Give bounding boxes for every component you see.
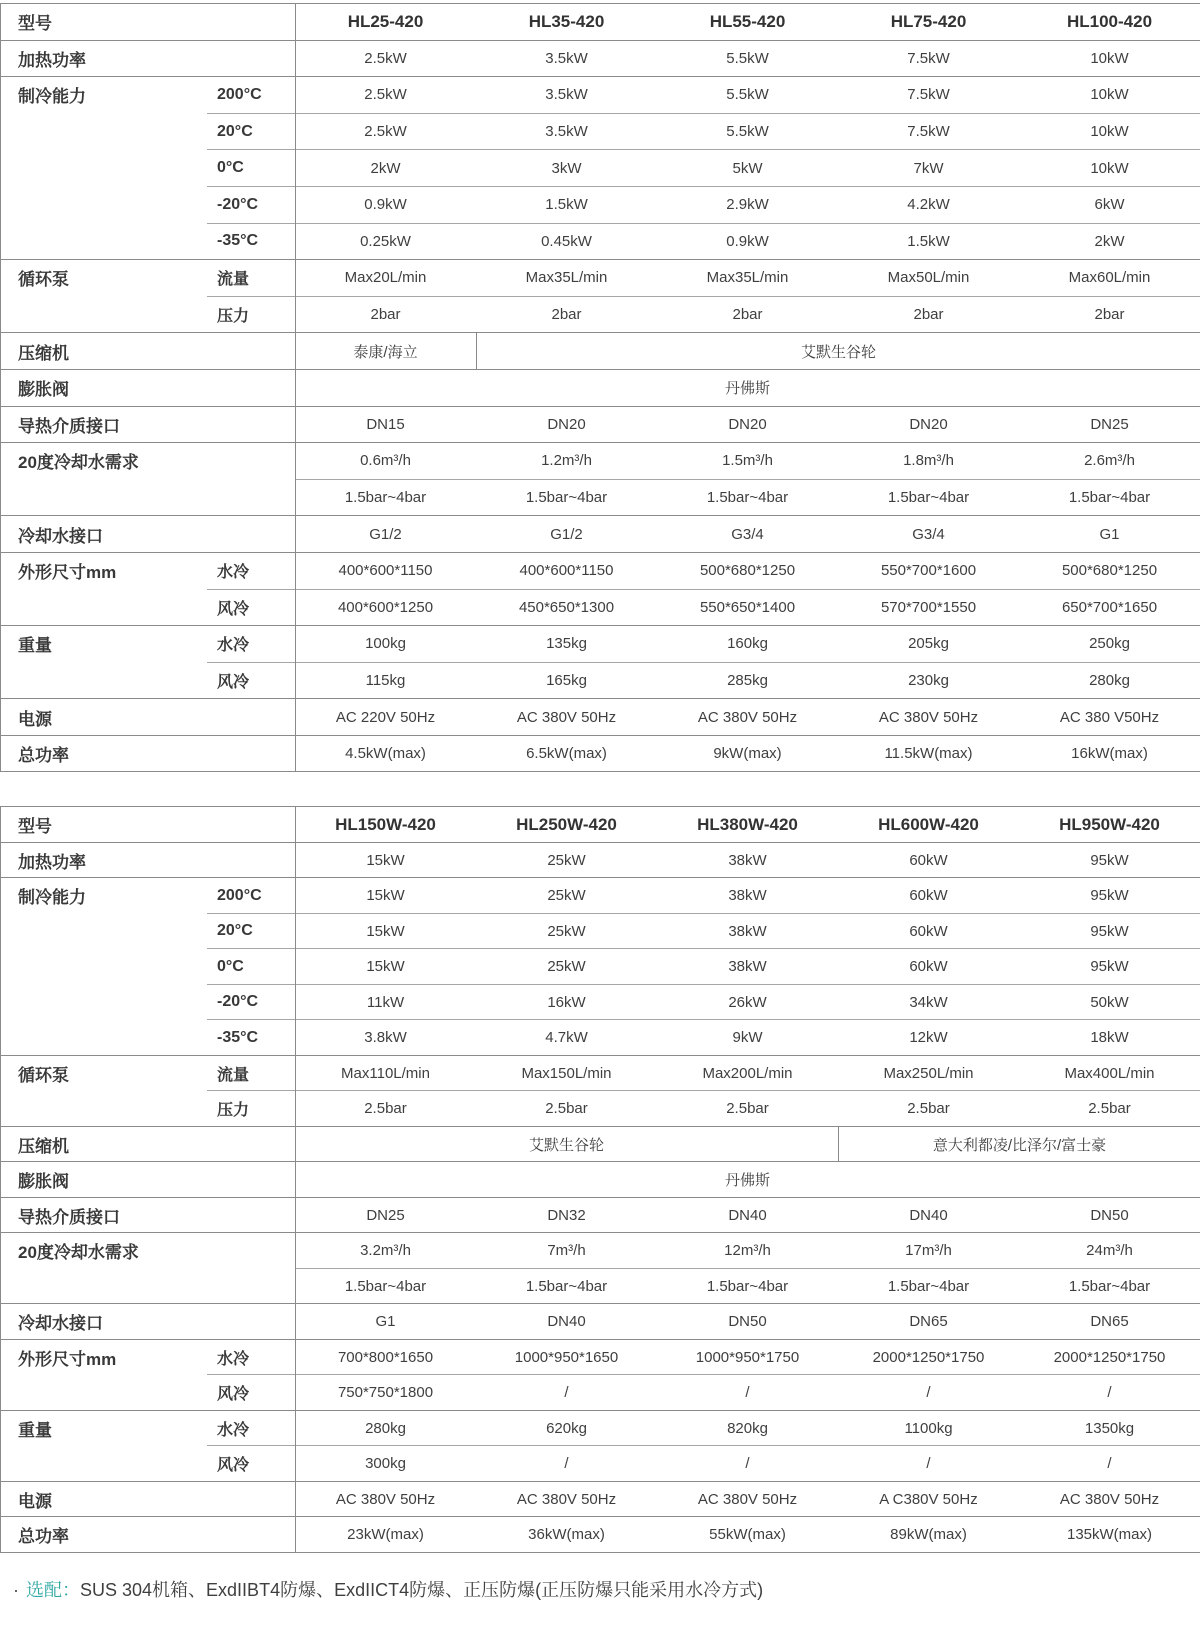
spec-row: 导热介质接口DN15DN20DN20DN20DN25 — [1, 407, 1200, 443]
model-header-row: 型号HL25-420HL35-420HL55-420HL75-420HL100-… — [1, 4, 1200, 40]
spec-cell: 280kg — [295, 1411, 476, 1446]
spec-cell: Max50L/min — [838, 260, 1019, 296]
spec-cell: 11.5kW(max) — [838, 736, 1019, 772]
spec-cell: 1.5bar~4bar — [657, 480, 838, 516]
spec-cell: 10kW — [1019, 150, 1200, 186]
spec-cell: 丹佛斯 — [295, 1162, 1200, 1197]
spec-cell: 1350kg — [1019, 1411, 1200, 1446]
spec-cell: 1.5bar~4bar — [1019, 480, 1200, 516]
spec-cell: AC 380V 50Hz — [476, 1482, 657, 1517]
spec-cell: DN40 — [838, 1198, 1019, 1233]
spec-cell: 38kW — [657, 878, 838, 913]
spec-cell: 5.5kW — [657, 77, 838, 113]
spec-cell: 3kW — [476, 150, 657, 186]
row-sublabel — [207, 807, 295, 842]
spec-cell: 15kW — [295, 949, 476, 984]
spec-cell: 10kW — [1019, 114, 1200, 150]
spec-cell: 2.6m³/h — [1019, 443, 1200, 479]
note-text: SUS 304机箱、ExdIIBT4防爆、ExdIICT4防爆、正压防爆(正压防… — [80, 1580, 763, 1600]
spec-row: 压力2bar2bar2bar2bar2bar — [1, 297, 1200, 333]
spec-row: 压缩机泰康/海立艾默生谷轮 — [1, 333, 1200, 369]
spec-row: 风冷115kg165kg285kg230kg280kg — [1, 663, 1200, 699]
spec-cell: 38kW — [657, 914, 838, 949]
row-sublabel — [207, 1127, 295, 1162]
row-sublabel: 风冷 — [207, 1375, 295, 1410]
spec-row: 1.5bar~4bar1.5bar~4bar1.5bar~4bar1.5bar~… — [1, 1269, 1200, 1304]
spec-cell: 300kg — [295, 1446, 476, 1481]
row-sublabel — [207, 1517, 295, 1552]
spec-cell: 95kW — [1019, 843, 1200, 878]
row-sublabel — [207, 4, 295, 40]
spec-cell: 7.5kW — [838, 114, 1019, 150]
spec-cell: 60kW — [838, 878, 1019, 913]
spec-cell: 25kW — [476, 878, 657, 913]
model-header-cell: HL100-420 — [1019, 4, 1200, 40]
spec-cell: 1.5kW — [838, 224, 1019, 260]
spec-row: 外形尺寸mm水冷400*600*1150400*600*1150500*680*… — [1, 553, 1200, 589]
spec-cell: DN25 — [295, 1198, 476, 1233]
spec-cell: 400*600*1150 — [476, 553, 657, 589]
spec-cell: 0.9kW — [657, 224, 838, 260]
spec-row: 0°C15kW25kW38kW60kW95kW — [1, 949, 1200, 984]
spec-cell: 135kW(max) — [1019, 1517, 1200, 1552]
spec-cell: 0.9kW — [295, 187, 476, 223]
row-label: 电源 — [1, 699, 207, 735]
spec-cell: 38kW — [657, 843, 838, 878]
spec-cell: 3.5kW — [476, 114, 657, 150]
spec-cell: 12kW — [838, 1020, 1019, 1055]
row-sublabel: 流量 — [207, 1056, 295, 1091]
spec-cell: 16kW — [476, 985, 657, 1020]
row-label: 总功率 — [1, 736, 207, 772]
spec-cell: 135kg — [476, 626, 657, 662]
spec-cell: / — [657, 1375, 838, 1410]
spec-table-1: 型号HL25-420HL35-420HL55-420HL75-420HL100-… — [0, 3, 1200, 772]
spec-cell: Max35L/min — [657, 260, 838, 296]
row-label — [1, 1375, 207, 1410]
spec-cell: 26kW — [657, 985, 838, 1020]
spec-cell: 5.5kW — [657, 114, 838, 150]
row-label: 重量 — [1, 626, 207, 662]
spec-row: 膨胀阀丹佛斯 — [1, 1162, 1200, 1197]
spec-cell: G1 — [1019, 516, 1200, 552]
spec-cell: AC 380 V50Hz — [1019, 699, 1200, 735]
row-label — [1, 1446, 207, 1481]
row-sublabel: 200°C — [207, 77, 295, 113]
row-label: 压缩机 — [1, 333, 207, 369]
spec-cell: 1000*950*1750 — [657, 1340, 838, 1375]
spec-row: 冷却水接口G1/2G1/2G3/4G3/4G1 — [1, 516, 1200, 552]
spec-cell: 艾默生谷轮 — [295, 1127, 838, 1162]
spec-cell: 1.5kW — [476, 187, 657, 223]
spec-table-2: 型号HL150W-420HL250W-420HL380W-420HL600W-4… — [0, 806, 1200, 1553]
spec-cell: 4.7kW — [476, 1020, 657, 1055]
spec-cell: 34kW — [838, 985, 1019, 1020]
spec-cell: 1.2m³/h — [476, 443, 657, 479]
spec-cell: DN50 — [1019, 1198, 1200, 1233]
spec-cell: 9kW — [657, 1020, 838, 1055]
row-label: 膨胀阀 — [1, 1162, 207, 1197]
spec-cell: 2.5kW — [295, 41, 476, 77]
spec-cell: Max20L/min — [295, 260, 476, 296]
spec-cell: 205kg — [838, 626, 1019, 662]
spec-cell: DN25 — [1019, 407, 1200, 443]
spec-cell: Max110L/min — [295, 1056, 476, 1091]
spec-cell: 3.5kW — [476, 77, 657, 113]
spec-cell: AC 380V 50Hz — [657, 699, 838, 735]
spec-row: 加热功率15kW25kW38kW60kW95kW — [1, 843, 1200, 878]
spec-row: -35°C3.8kW4.7kW9kW12kW18kW — [1, 1020, 1200, 1055]
spec-cell: 1100kg — [838, 1411, 1019, 1446]
spec-row: 20°C15kW25kW38kW60kW95kW — [1, 914, 1200, 949]
spec-row: 压缩机艾默生谷轮意大利都凌/比泽尔/富士豪 — [1, 1127, 1200, 1162]
spec-cell: AC 380V 50Hz — [476, 699, 657, 735]
spec-row: 风冷400*600*1250450*650*1300550*650*140057… — [1, 590, 1200, 626]
row-label: 制冷能力 — [1, 878, 207, 913]
spec-cell: 5kW — [657, 150, 838, 186]
spec-cell: DN65 — [838, 1304, 1019, 1339]
row-label: 外形尺寸mm — [1, 553, 207, 589]
note-label: 选配： — [26, 1580, 80, 1600]
spec-cell: DN40 — [476, 1304, 657, 1339]
spec-cell: 2.5bar — [476, 1091, 657, 1126]
row-sublabel: 水冷 — [207, 1411, 295, 1446]
row-label — [1, 590, 207, 626]
model-header-cell: HL380W-420 — [657, 807, 838, 842]
spec-cell: 泰康/海立 — [295, 333, 476, 369]
row-sublabel — [207, 41, 295, 77]
spec-cell: DN20 — [657, 407, 838, 443]
row-label: 导热介质接口 — [1, 407, 207, 443]
spec-cell: AC 220V 50Hz — [295, 699, 476, 735]
row-sublabel — [207, 516, 295, 552]
model-header-cell: HL75-420 — [838, 4, 1019, 40]
spec-cell: Max35L/min — [476, 260, 657, 296]
spec-cell: / — [838, 1375, 1019, 1410]
spec-cell: DN20 — [476, 407, 657, 443]
spec-cell: 2bar — [838, 297, 1019, 333]
model-header-cell: HL25-420 — [295, 4, 476, 40]
row-label: 导热介质接口 — [1, 1198, 207, 1233]
spec-cell: 89kW(max) — [838, 1517, 1019, 1552]
spec-row: 20度冷却水需求3.2m³/h7m³/h12m³/h17m³/h24m³/h — [1, 1233, 1200, 1268]
spec-cell: 1.5bar~4bar — [295, 480, 476, 516]
spec-cell: G1/2 — [476, 516, 657, 552]
row-label — [1, 114, 207, 150]
row-sublabel: 压力 — [207, 297, 295, 333]
spec-cell: 18kW — [1019, 1020, 1200, 1055]
spec-cell: 2bar — [657, 297, 838, 333]
spec-row: 导热介质接口DN25DN32DN40DN40DN50 — [1, 1198, 1200, 1233]
row-sublabel — [207, 370, 295, 406]
row-label — [1, 663, 207, 699]
spec-cell: 2.5bar — [657, 1091, 838, 1126]
row-sublabel: 0°C — [207, 949, 295, 984]
spec-cell: / — [476, 1446, 657, 1481]
spec-cell: 2bar — [295, 297, 476, 333]
row-sublabel: -35°C — [207, 1020, 295, 1055]
row-sublabel: 0°C — [207, 150, 295, 186]
spec-cell: 5.5kW — [657, 41, 838, 77]
spec-cell: 230kg — [838, 663, 1019, 699]
model-header-row: 型号HL150W-420HL250W-420HL380W-420HL600W-4… — [1, 807, 1200, 842]
spec-cell: 165kg — [476, 663, 657, 699]
spec-row: 总功率23kW(max)36kW(max)55kW(max)89kW(max)1… — [1, 1517, 1200, 1552]
model-header-cell: HL600W-420 — [838, 807, 1019, 842]
spec-row: 风冷300kg//// — [1, 1446, 1200, 1481]
label-column-divider — [295, 807, 296, 1552]
spec-cell: 17m³/h — [838, 1233, 1019, 1268]
model-header-cell: HL250W-420 — [476, 807, 657, 842]
row-label — [1, 985, 207, 1020]
row-sublabel — [207, 443, 295, 479]
spec-cell: 12m³/h — [657, 1233, 838, 1268]
spec-cell: 25kW — [476, 843, 657, 878]
spec-cell: 95kW — [1019, 878, 1200, 913]
row-label: 总功率 — [1, 1517, 207, 1552]
spec-row: -20°C0.9kW1.5kW2.9kW4.2kW6kW — [1, 187, 1200, 223]
spec-cell: 2bar — [476, 297, 657, 333]
row-sublabel — [207, 699, 295, 735]
model-header-cell: HL35-420 — [476, 4, 657, 40]
spec-cell: AC 380V 50Hz — [1019, 1482, 1200, 1517]
spec-cell: 2000*1250*1750 — [838, 1340, 1019, 1375]
spec-cell: 1.5bar~4bar — [476, 1269, 657, 1304]
row-sublabel — [207, 1269, 295, 1304]
spec-cell: 400*600*1150 — [295, 553, 476, 589]
row-label: 循环泵 — [1, 1056, 207, 1091]
spec-cell: / — [1019, 1446, 1200, 1481]
spec-row: 1.5bar~4bar1.5bar~4bar1.5bar~4bar1.5bar~… — [1, 480, 1200, 516]
spec-cell: A C380V 50Hz — [838, 1482, 1019, 1517]
spec-cell: G3/4 — [838, 516, 1019, 552]
spec-cell: 3.2m³/h — [295, 1233, 476, 1268]
spec-cell: 285kg — [657, 663, 838, 699]
spec-cell: 115kg — [295, 663, 476, 699]
row-sublabel — [207, 736, 295, 772]
spec-cell: 1.5bar~4bar — [295, 1269, 476, 1304]
row-label: 循环泵 — [1, 260, 207, 296]
spec-row: 电源AC 220V 50HzAC 380V 50HzAC 380V 50HzAC… — [1, 699, 1200, 735]
row-label — [1, 187, 207, 223]
spec-row: 重量水冷100kg135kg160kg205kg250kg — [1, 626, 1200, 662]
row-label: 加热功率 — [1, 41, 207, 77]
spec-row: 重量水冷280kg620kg820kg1100kg1350kg — [1, 1411, 1200, 1446]
row-sublabel: 风冷 — [207, 590, 295, 626]
spec-cell: 9kW(max) — [657, 736, 838, 772]
row-label — [1, 1091, 207, 1126]
spec-row: 循环泵流量Max110L/minMax150L/minMax200L/minMa… — [1, 1056, 1200, 1091]
spec-cell: 23kW(max) — [295, 1517, 476, 1552]
row-sublabel — [207, 1162, 295, 1197]
spec-cell: 15kW — [295, 914, 476, 949]
spec-sheet: 型号HL25-420HL35-420HL55-420HL75-420HL100-… — [0, 0, 1200, 1602]
spec-row: 制冷能力200°C15kW25kW38kW60kW95kW — [1, 878, 1200, 913]
spec-row: 风冷750*750*1800//// — [1, 1375, 1200, 1410]
spec-cell: 意大利都凌/比泽尔/富士豪 — [838, 1127, 1200, 1162]
spec-cell: 60kW — [838, 914, 1019, 949]
spec-row: 制冷能力200°C2.5kW3.5kW5.5kW7.5kW10kW — [1, 77, 1200, 113]
spec-cell: 700*800*1650 — [295, 1340, 476, 1375]
row-label — [1, 297, 207, 333]
spec-cell: DN20 — [838, 407, 1019, 443]
row-sublabel: 压力 — [207, 1091, 295, 1126]
spec-row: 20度冷却水需求0.6m³/h1.2m³/h1.5m³/h1.8m³/h2.6m… — [1, 443, 1200, 479]
spec-cell: 6.5kW(max) — [476, 736, 657, 772]
row-label — [1, 1020, 207, 1055]
spec-cell: 6kW — [1019, 187, 1200, 223]
spec-cell: 4.5kW(max) — [295, 736, 476, 772]
spec-cell: DN40 — [657, 1198, 838, 1233]
spec-cell: 2bar — [1019, 297, 1200, 333]
spec-row: 循环泵流量Max20L/minMax35L/minMax35L/minMax50… — [1, 260, 1200, 296]
spec-cell: Max250L/min — [838, 1056, 1019, 1091]
spec-cell: 10kW — [1019, 41, 1200, 77]
model-header-cell: HL55-420 — [657, 4, 838, 40]
spec-cell: 1.5bar~4bar — [1019, 1269, 1200, 1304]
spec-cell: 2.5kW — [295, 114, 476, 150]
spec-cell: 100kg — [295, 626, 476, 662]
spec-cell: 2kW — [295, 150, 476, 186]
spec-cell: Max200L/min — [657, 1056, 838, 1091]
spec-cell: 2kW — [1019, 224, 1200, 260]
row-sublabel: 风冷 — [207, 1446, 295, 1481]
spec-cell: 650*700*1650 — [1019, 590, 1200, 626]
row-label — [1, 224, 207, 260]
spec-row: 电源AC 380V 50HzAC 380V 50HzAC 380V 50HzA … — [1, 1482, 1200, 1517]
spec-cell: 7m³/h — [476, 1233, 657, 1268]
row-sublabel: 水冷 — [207, 626, 295, 662]
spec-cell: 1000*950*1650 — [476, 1340, 657, 1375]
row-label: 20度冷却水需求 — [1, 1233, 207, 1268]
spec-cell: 2.5kW — [295, 77, 476, 113]
row-label: 制冷能力 — [1, 77, 207, 113]
row-label: 冷却水接口 — [1, 1304, 207, 1339]
row-sublabel — [207, 480, 295, 516]
spec-cell: 570*700*1550 — [838, 590, 1019, 626]
spec-cell: 280kg — [1019, 663, 1200, 699]
spec-cell: 500*680*1250 — [657, 553, 838, 589]
spec-row: 压力2.5bar2.5bar2.5bar2.5bar2.5bar — [1, 1091, 1200, 1126]
row-label — [1, 480, 207, 516]
spec-cell: Max150L/min — [476, 1056, 657, 1091]
spec-row: 总功率4.5kW(max)6.5kW(max)9kW(max)11.5kW(ma… — [1, 736, 1200, 772]
row-sublabel — [207, 1233, 295, 1268]
row-sublabel — [207, 333, 295, 369]
row-label: 20度冷却水需求 — [1, 443, 207, 479]
row-label: 型号 — [1, 4, 207, 40]
spec-cell: 0.6m³/h — [295, 443, 476, 479]
row-label: 冷却水接口 — [1, 516, 207, 552]
label-column-divider — [295, 4, 296, 771]
row-sublabel: -20°C — [207, 985, 295, 1020]
spec-cell: 60kW — [838, 949, 1019, 984]
spec-cell: 丹佛斯 — [295, 370, 1200, 406]
spec-cell: 10kW — [1019, 77, 1200, 113]
spec-cell: 2.5bar — [1019, 1091, 1200, 1126]
spec-cell: 250kg — [1019, 626, 1200, 662]
spec-row: 20°C2.5kW3.5kW5.5kW7.5kW10kW — [1, 114, 1200, 150]
spec-cell: 500*680*1250 — [1019, 553, 1200, 589]
row-sublabel — [207, 1198, 295, 1233]
spec-row: -35°C0.25kW0.45kW0.9kW1.5kW2kW — [1, 224, 1200, 260]
spec-cell: 620kg — [476, 1411, 657, 1446]
row-sublabel: 水冷 — [207, 1340, 295, 1375]
row-sublabel: 风冷 — [207, 663, 295, 699]
spec-row: 加热功率2.5kW3.5kW5.5kW7.5kW10kW — [1, 41, 1200, 77]
spec-cell: 450*650*1300 — [476, 590, 657, 626]
spec-cell: 25kW — [476, 949, 657, 984]
spec-cell: 4.2kW — [838, 187, 1019, 223]
spec-cell: 50kW — [1019, 985, 1200, 1020]
row-sublabel: 20°C — [207, 114, 295, 150]
spec-cell: 1.5bar~4bar — [476, 480, 657, 516]
spec-cell: 1.8m³/h — [838, 443, 1019, 479]
spec-cell: AC 380V 50Hz — [657, 1482, 838, 1517]
row-label — [1, 949, 207, 984]
spec-cell: 1.5bar~4bar — [838, 480, 1019, 516]
spec-cell: 3.5kW — [476, 41, 657, 77]
row-sublabel: 流量 — [207, 260, 295, 296]
spec-cell: 24m³/h — [1019, 1233, 1200, 1268]
spec-cell: AC 380V 50Hz — [838, 699, 1019, 735]
row-sublabel: 水冷 — [207, 553, 295, 589]
spec-cell: 38kW — [657, 949, 838, 984]
spec-cell: 1.5bar~4bar — [657, 1269, 838, 1304]
row-label — [1, 1269, 207, 1304]
model-header-cell: HL950W-420 — [1019, 807, 1200, 842]
spec-cell: 16kW(max) — [1019, 736, 1200, 772]
spec-row: 冷却水接口G1DN40DN50DN65DN65 — [1, 1304, 1200, 1339]
spec-cell: 2.5bar — [295, 1091, 476, 1126]
spec-cell: DN65 — [1019, 1304, 1200, 1339]
spec-cell: 750*750*1800 — [295, 1375, 476, 1410]
spec-cell: 2000*1250*1750 — [1019, 1340, 1200, 1375]
spec-cell: G3/4 — [657, 516, 838, 552]
row-sublabel — [207, 1304, 295, 1339]
model-header-cell: HL150W-420 — [295, 807, 476, 842]
spec-row: -20°C11kW16kW26kW34kW50kW — [1, 985, 1200, 1020]
spec-cell: 7.5kW — [838, 41, 1019, 77]
spec-cell: 25kW — [476, 914, 657, 949]
row-sublabel — [207, 1482, 295, 1517]
spec-cell: 艾默生谷轮 — [476, 333, 1200, 369]
spec-cell: / — [838, 1446, 1019, 1481]
spec-cell: 11kW — [295, 985, 476, 1020]
spec-cell: 160kg — [657, 626, 838, 662]
spec-cell: 0.45kW — [476, 224, 657, 260]
row-label: 外形尺寸mm — [1, 1340, 207, 1375]
spec-cell: 820kg — [657, 1411, 838, 1446]
spec-cell: Max400L/min — [1019, 1056, 1200, 1091]
spec-cell: 1.5m³/h — [657, 443, 838, 479]
spec-cell: 550*650*1400 — [657, 590, 838, 626]
spec-cell: 1.5bar~4bar — [838, 1269, 1019, 1304]
row-sublabel: -35°C — [207, 224, 295, 260]
spec-cell: Max60L/min — [1019, 260, 1200, 296]
row-label: 压缩机 — [1, 1127, 207, 1162]
spec-cell: 7.5kW — [838, 77, 1019, 113]
spec-cell: G1/2 — [295, 516, 476, 552]
row-sublabel: 20°C — [207, 914, 295, 949]
spec-cell: 0.25kW — [295, 224, 476, 260]
row-label: 重量 — [1, 1411, 207, 1446]
row-label: 型号 — [1, 807, 207, 842]
row-sublabel: 200°C — [207, 878, 295, 913]
row-label: 电源 — [1, 1482, 207, 1517]
row-sublabel: -20°C — [207, 187, 295, 223]
spec-cell: 15kW — [295, 878, 476, 913]
